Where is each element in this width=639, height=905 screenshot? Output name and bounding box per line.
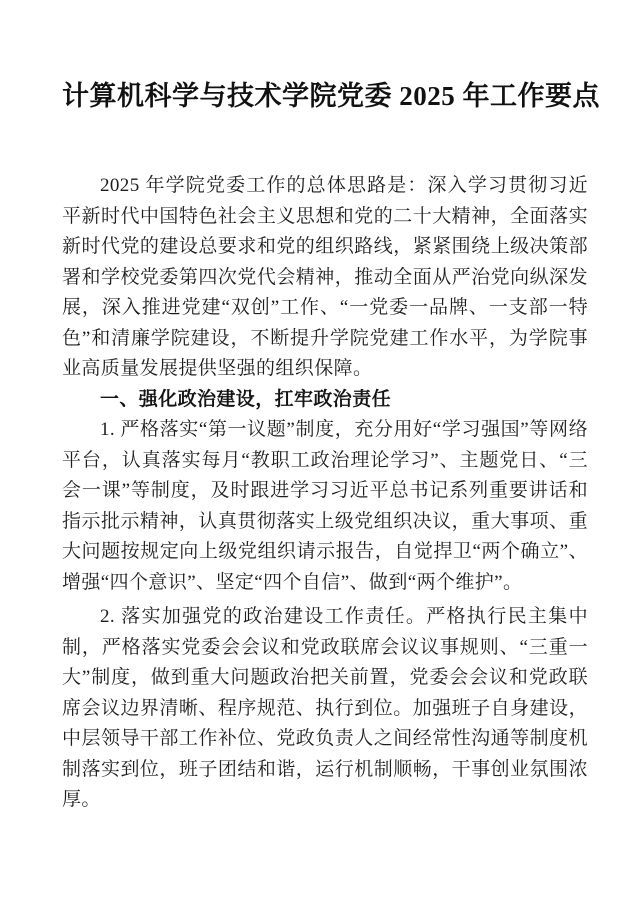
document-body: 2025 年学院党委工作的总体思路是：深入学习贯彻习近平新时代中国特色社会主义思… xyxy=(62,171,588,816)
section-1-paragraph-1: 1. 严格落实“第一议题”制度，充分用好“学习强国”等网络平台，认真落实每月“教… xyxy=(62,415,588,598)
intro-paragraph: 2025 年学院党委工作的总体思路是：深入学习贯彻习近平新时代中国特色社会主义思… xyxy=(62,171,588,385)
document-page: 计算机科学与技术学院党委 2025 年工作要点 2025 年学院党委工作的总体思… xyxy=(0,0,639,905)
document-title: 计算机科学与技术学院党委 2025 年工作要点 xyxy=(62,0,588,114)
section-1-heading: 一、强化政治建设，扛牢政治责任 xyxy=(62,385,588,416)
section-1-paragraph-2: 2. 落实加强党的政治建设工作责任。严格执行民主集中制，严格落实党委会会议和党政… xyxy=(62,602,588,816)
